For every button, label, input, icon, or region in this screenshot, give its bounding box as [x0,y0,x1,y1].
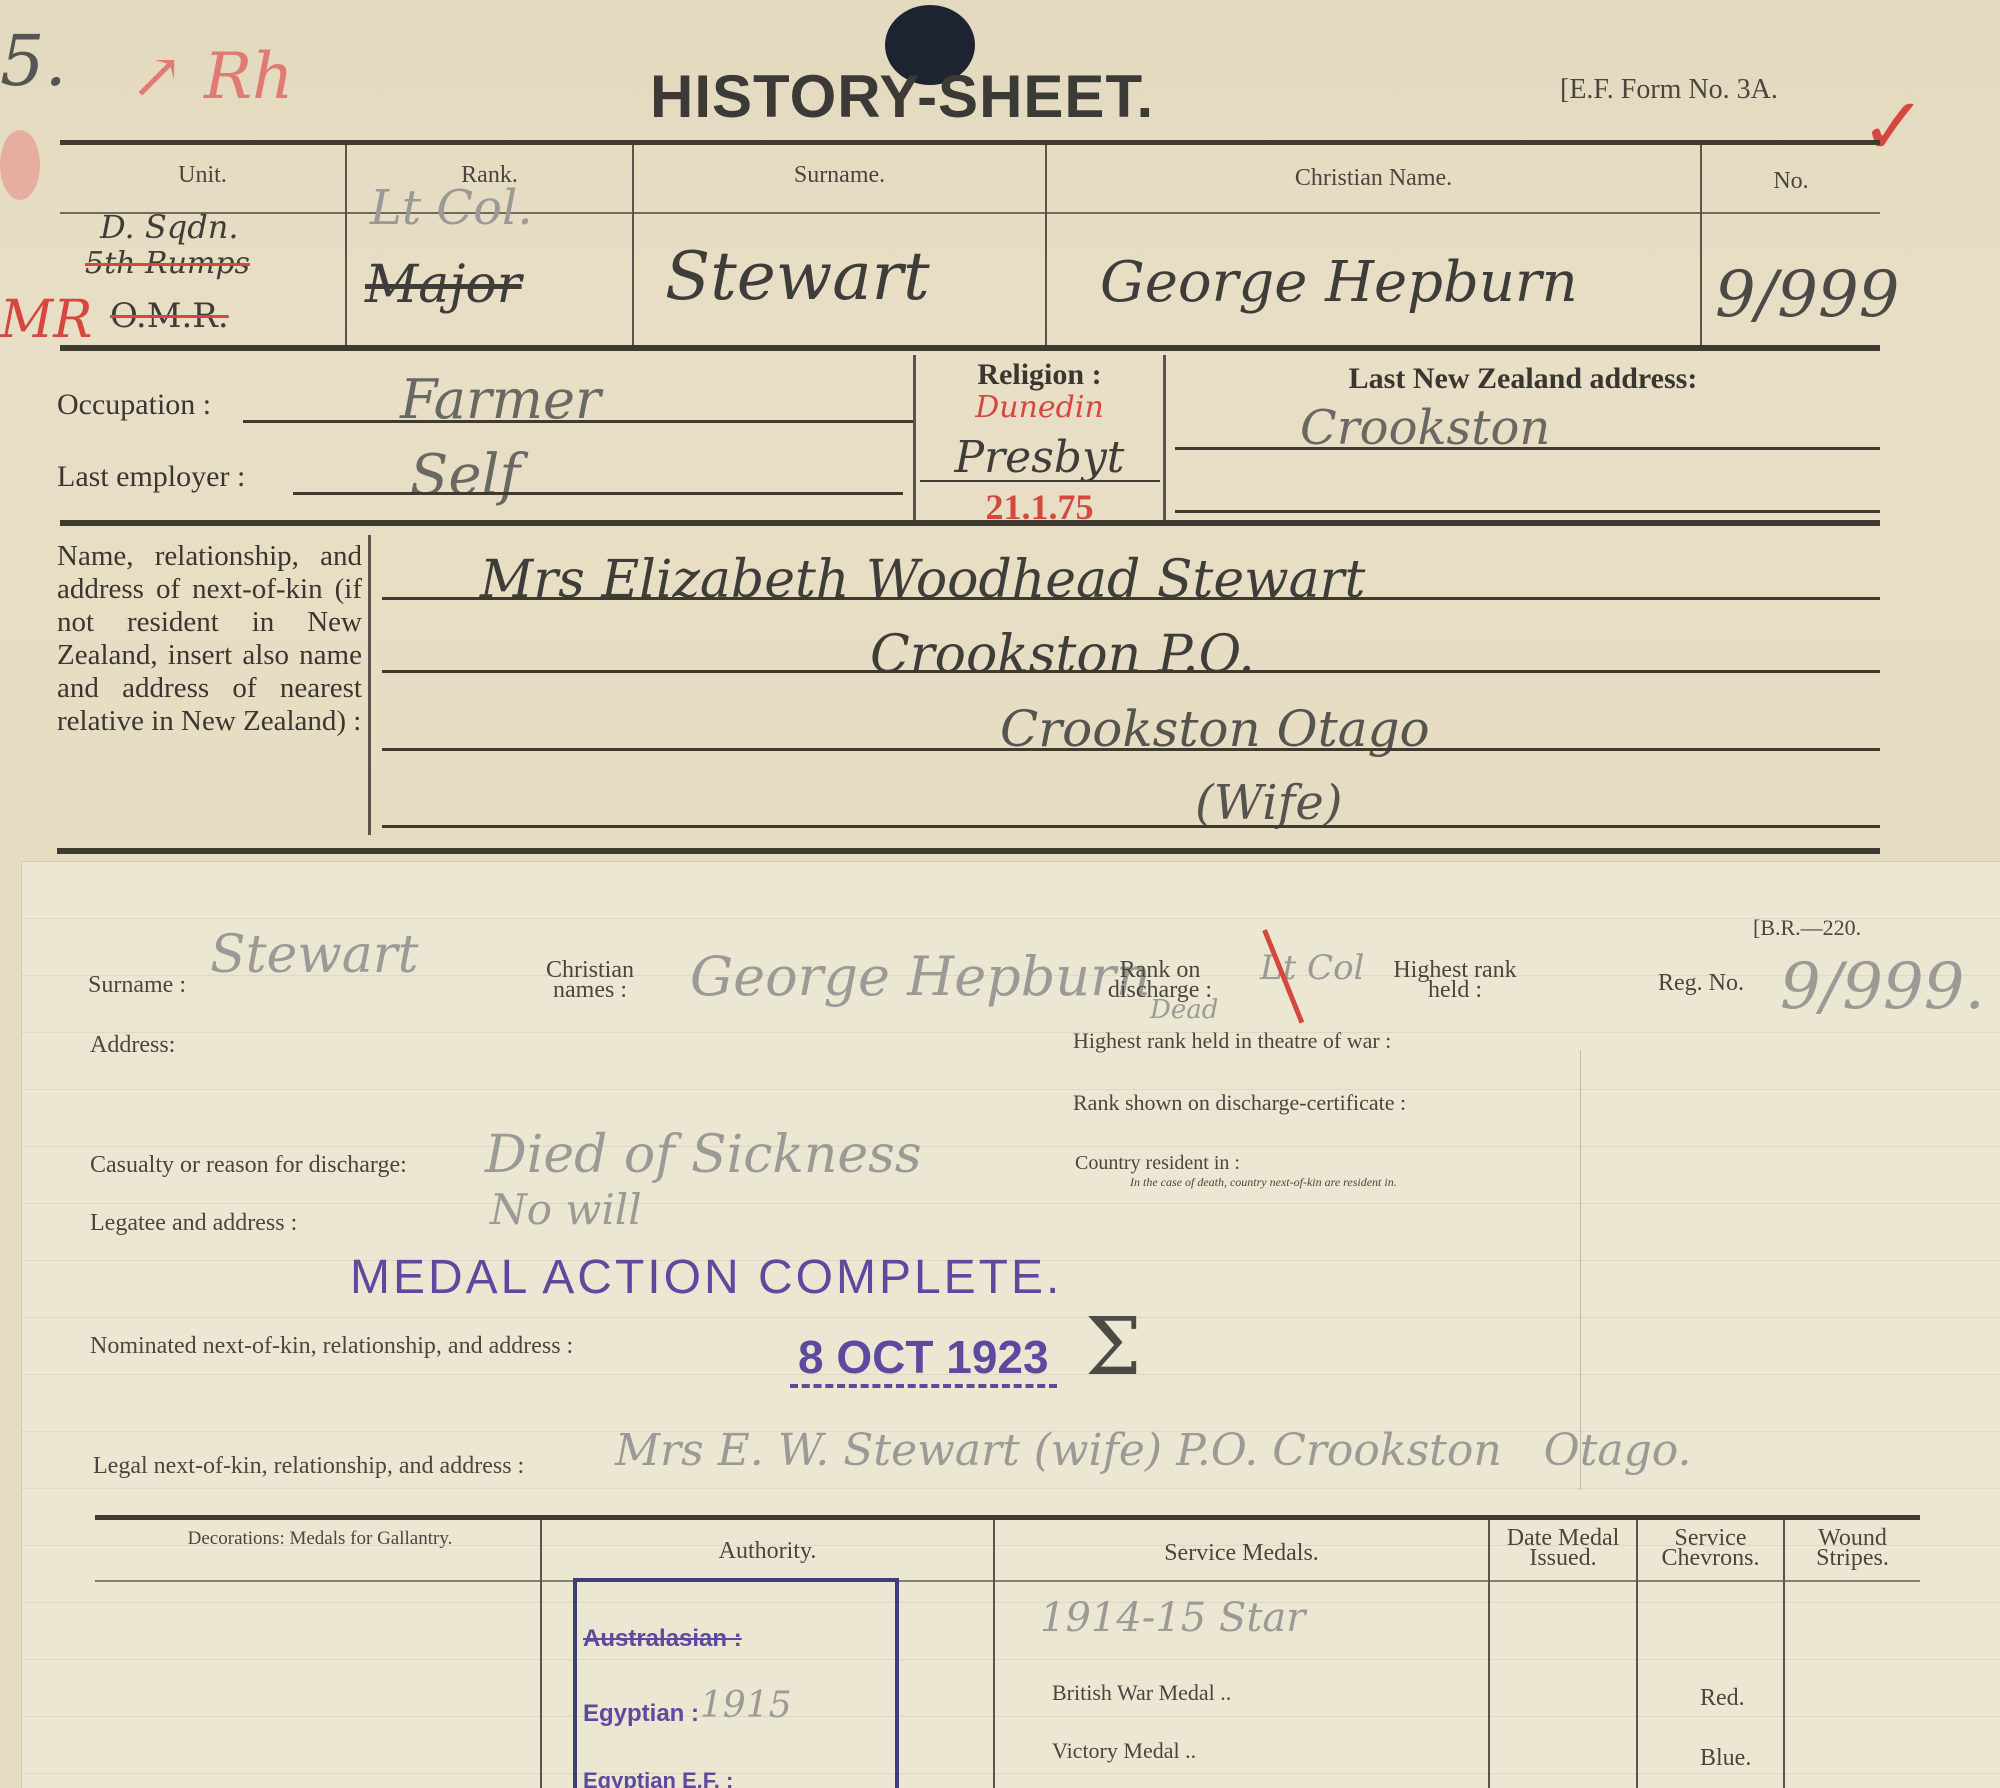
last-employer-value: Self [410,443,520,508]
service-medal-victory: Victory Medal .. [1052,1738,1196,1764]
service-medal-star: 1914-15 Star [1040,1595,1305,1641]
last-employer-label: Last employer : [57,460,245,494]
authority-egyptian: Egyptian : [583,1700,699,1728]
christian-names-label: Christian names : [530,960,650,1000]
authority-australasian: Australasian : [583,1625,742,1653]
rule [57,848,1880,854]
header-unit: Unit. [60,162,345,189]
next-of-kin-line-4: (Wife) [1195,775,1342,831]
number-value: 9/999 [1715,258,1899,332]
address-label: Address: [90,1032,175,1059]
medal-action-stamp: MEDAL ACTION COMPLETE. [350,1250,1062,1305]
card-form-code: [B.R.—220. [1753,915,1861,941]
rule [382,597,1880,600]
rule [382,670,1880,673]
grid-line [1580,1050,1581,1490]
rule [60,140,1880,145]
rule [293,492,903,495]
next-of-kin-label: Name, relationship, and address of next-… [57,540,362,738]
rule [1175,510,1880,513]
date-stamp: 8 OCT 1923 [790,1330,1057,1388]
unit-value-2: 5th Rumps [85,246,250,281]
header-surname: Surname. [634,162,1045,189]
rule [60,345,1880,351]
header-wound-stripes: Wound Stripes. [1785,1528,1920,1568]
rule [243,420,913,423]
margin-number: 5. [0,20,67,102]
check-mark-icon: ✓ [1860,80,1927,173]
next-of-kin-line-2: Crookston P.O. [870,625,1255,685]
rule [382,825,1880,828]
margin-initials: ↗ Rh [130,40,293,114]
initial-mark: Σ [1085,1300,1142,1393]
rule [382,748,1880,751]
authority-egyptian-ef: Egyptian E.F. : [583,1768,733,1788]
occupation-label: Occupation : [57,388,211,422]
casualty-label: Casualty or reason for discharge: [90,1152,407,1179]
legal-nok-field: Mrs E. W. Stewart (wife) P.O. Crookston … [615,1425,1691,1476]
religion-value: Presbyt [916,432,1163,483]
header-service-medals: Service Medals. [995,1540,1488,1567]
surname-field: Stewart [210,925,419,985]
legal-nok-label: Legal next-of-kin, relationship, and add… [93,1453,524,1480]
surname-value: Stewart [665,238,930,315]
christian-name-value: George Hepburn [1100,250,1578,315]
chevron-red: Red. [1700,1685,1745,1712]
header-christian-name: Christian Name. [1047,165,1700,192]
legatee-field: No will [490,1185,642,1234]
rule [95,1580,1920,1582]
service-medal-british-war: British War Medal .. [1052,1680,1231,1706]
rank-value-new: Lt Col. [370,180,533,236]
religion-annotation-top: Dunedin [916,390,1163,425]
surname-label: Surname : [88,972,186,999]
brace-line [368,535,371,835]
red-seal-mark [0,130,40,200]
rule [60,212,1880,214]
nz-address-label: Last New Zealand address: [1166,362,1880,396]
unit-margin-note: MR [0,290,92,350]
country-resident-note: In the case of death, country next-of-ki… [1130,1175,1397,1190]
header-chevrons: Service Chevrons. [1638,1528,1783,1568]
christian-names-field: George Hepburn [690,945,1151,1008]
header-decorations: Decorations: Medals for Gallantry. [100,1528,540,1550]
rank-on-discharge-label: Rank on discharge : [1105,960,1215,1000]
rank-on-certificate-label: Rank shown on discharge-certificate : [1073,1090,1406,1116]
authority-stamp-box [573,1578,899,1788]
next-of-kin-line-1: Mrs Elizabeth Woodhead Stewart [480,550,1365,610]
rule [60,520,1880,526]
header-authority: Authority. [542,1538,993,1565]
page-title: HISTORY-SHEET. [650,62,1154,131]
casualty-field: Died of Sickness [485,1125,922,1185]
rule [920,480,1160,482]
header-number: No. [1702,168,1880,195]
legatee-label: Legatee and address : [90,1210,297,1237]
unit-value-1: D. Sqdn. [100,208,239,246]
rule [1175,447,1880,450]
reg-no-label: Reg. No. [1658,970,1744,997]
highest-rank-label: Highest rank held : [1390,960,1520,1000]
authority-egyptian-value: 1915 [700,1685,792,1726]
rule [95,1515,1920,1520]
reg-no-field: 9/999. [1780,950,1985,1024]
religion-label: Religion : [916,358,1163,392]
unit-value-3: O.M.R. [110,296,229,336]
form-number: [E.F. Form No. 3A. [1560,74,1778,106]
nominated-nok-label: Nominated next-of-kin, relationship, and… [90,1333,573,1360]
header-date-issued: Date Medal Issued. [1490,1528,1636,1568]
rank-value-old: Major [365,255,522,315]
highest-rank-theatre-label: Highest rank held in theatre of war : [1073,1028,1391,1054]
chevron-blue: Blue. [1700,1745,1751,1772]
country-resident-label: Country resident in : [1075,1152,1240,1175]
rank-on-discharge-note: Dead [1150,995,1218,1025]
